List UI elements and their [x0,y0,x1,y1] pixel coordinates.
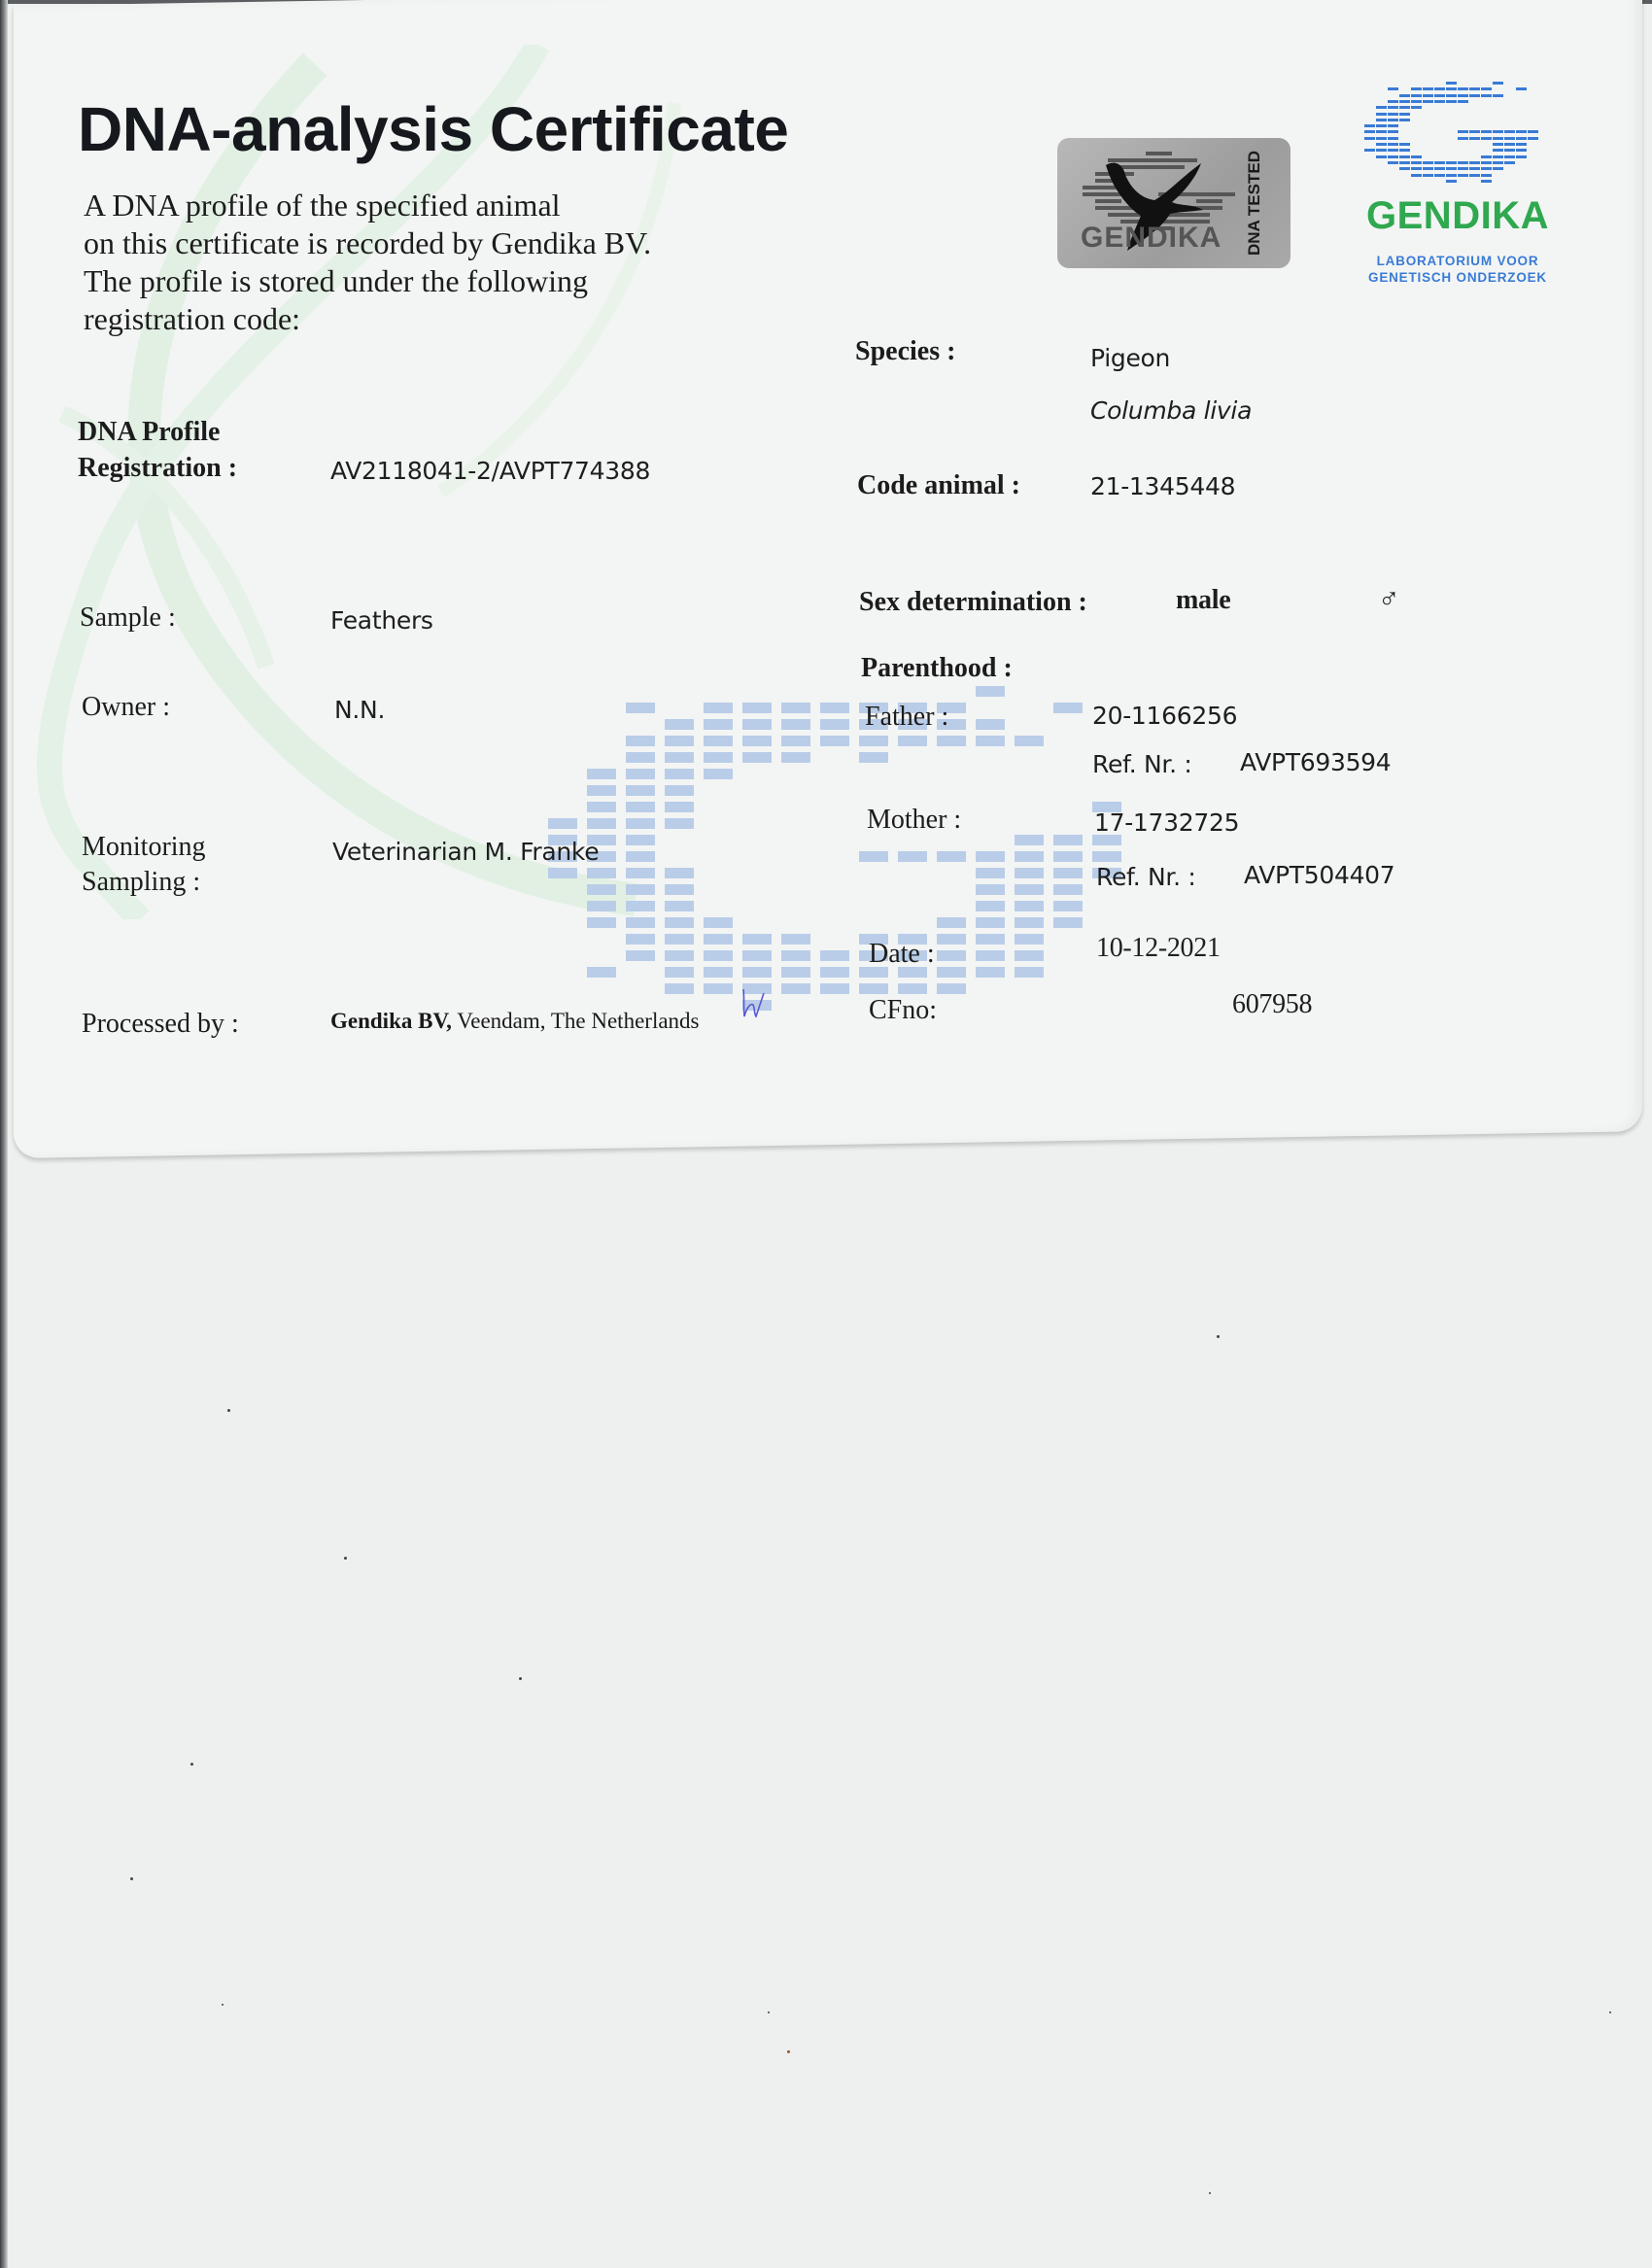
owner-label: Owner : [82,692,170,723]
processed-by-label: Processed by : [82,1009,239,1040]
sex-value: male [1176,585,1230,616]
seal-brand: GENDIKA [1081,222,1222,255]
certificate-title: DNA-analysis Certificate [78,93,788,165]
monitoring-label-line: Sampling : [82,865,206,900]
registration-label-line: Registration : [78,450,237,486]
logo-subtitle-line: GENETISCH ONDERZOEK [1360,269,1555,286]
monitoring-label: Monitoring Sampling : [82,830,206,900]
species-common-name: Pigeon [1090,344,1170,372]
sample-label: Sample : [80,602,176,634]
monitoring-value: Veterinarian M. Franke [332,838,599,866]
mother-value: 17-1732725 [1094,808,1239,837]
intro-line: registration code: [84,300,764,338]
sample-value: Feathers [330,606,433,635]
certificate-card: DNA-analysis Certificate A DNA profile o… [14,0,1642,1158]
processed-by-value: Gendika BV, Veendam, The Netherlands [330,1009,700,1034]
logo-name: GENDIKA [1360,194,1555,238]
date-label: Date : [869,939,935,970]
cfno-value: 607958 [1232,989,1312,1020]
father-ref-label: Ref. Nr. : [1092,750,1192,778]
certificate-intro: A DNA profile of the specified animal on… [84,187,764,338]
scan-edge-left [0,0,8,2268]
gendika-logo: GENDIKA LABORATORIUM VOOR GENETISCH ONDE… [1360,78,1555,301]
code-animal-label: Code animal : [857,470,1020,501]
logo-subtitle: LABORATORIUM VOOR GENETISCH ONDERZOEK [1360,253,1555,286]
intro-line: A DNA profile of the specified animal [84,187,764,224]
father-value: 20-1166256 [1092,702,1237,730]
male-symbol-icon: ♂ [1378,583,1399,616]
cfno-label: CFno: [869,995,937,1026]
owner-value: N.N. [334,696,385,724]
dna-tested-seal: GENDIKA DNA TESTED [1057,138,1291,268]
registration-value: AV2118041-2/AVPT774388 [330,457,650,485]
barcode-g-logo-icon [1364,82,1539,187]
seal-tagline: DNA TESTED [1238,142,1271,264]
logo-subtitle-line: LABORATORIUM VOOR [1360,253,1555,269]
parenthood-label: Parenthood : [861,653,1013,684]
intro-line: on this certificate is recorded by Gendi… [84,224,764,262]
monitoring-label-line: Monitoring [82,830,206,865]
father-ref-value: AVPT693594 [1240,748,1391,776]
mother-label: Mother : [867,805,961,836]
registration-label-line: DNA Profile [78,414,237,450]
species-scientific-name: Columba livia [1090,396,1252,425]
date-value: 10-12-2021 [1096,933,1221,964]
code-animal-value: 21-1345448 [1090,472,1235,500]
registration-label: DNA Profile Registration : [78,414,237,486]
mother-ref-value: AVPT504407 [1244,861,1394,889]
intro-line: The profile is stored under the followin… [84,262,764,300]
father-label: Father : [865,702,948,733]
processed-by-location: Veendam, The Netherlands [452,1009,700,1033]
sex-label: Sex determination : [859,587,1087,618]
handwritten-initial-icon [740,987,766,1020]
mother-ref-label: Ref. Nr. : [1096,863,1196,891]
species-label: Species : [855,336,955,367]
processed-by-company: Gendika BV, [330,1009,452,1033]
